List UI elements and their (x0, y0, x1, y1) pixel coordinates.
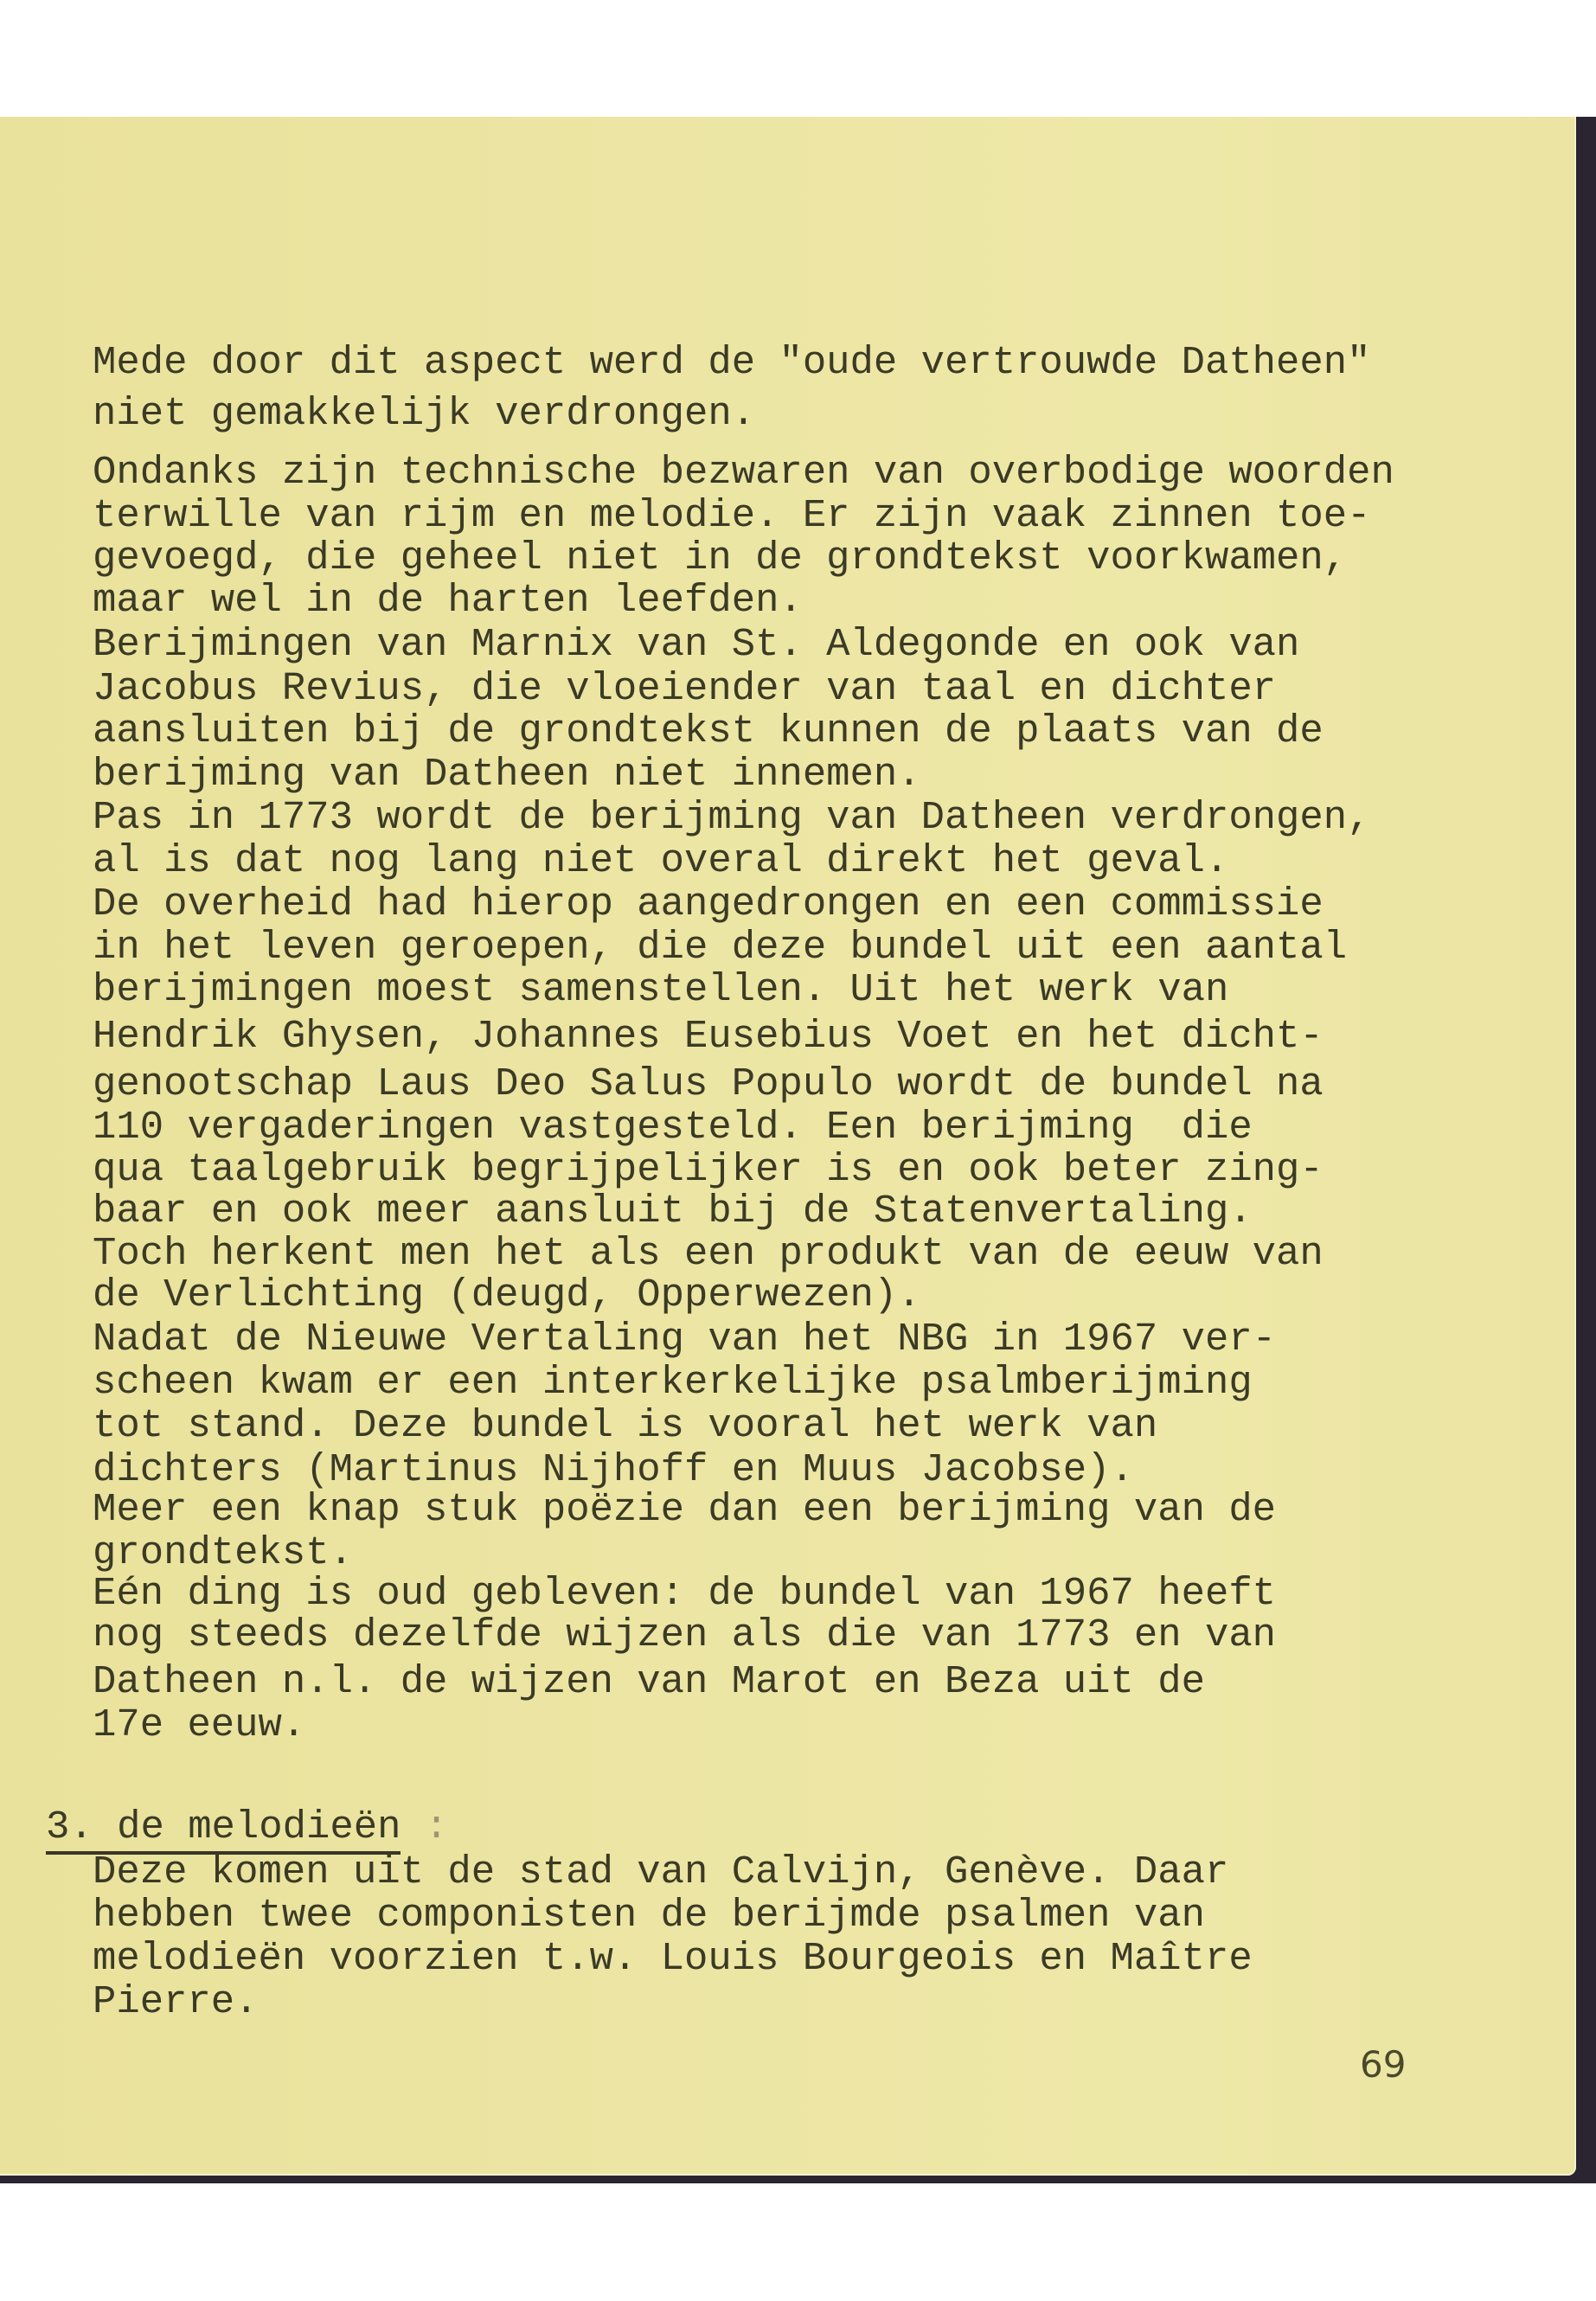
section-number: 3. (46, 1804, 93, 1849)
text-line: baar en ook meer aansluit bij de Statenv… (93, 1192, 1253, 1232)
section-body: Deze komen uit de stad van Calvijn, Genè… (93, 117, 187, 387)
text-line: Datheen n.l. de wijzen van Marot en Beza… (93, 1663, 1205, 1702)
text-line: aansluiten bij de grondtekst kunnen de p… (93, 712, 1324, 752)
text-line: berijmingen moest samenstellen. Uit het … (93, 971, 1228, 1010)
text-line: De overheid had hierop aangedrongen en e… (93, 885, 1324, 925)
text-line: Hendrik Ghysen, Johannes Eusebius Voet e… (93, 1017, 1324, 1057)
text-line: qua taalgebruik begrijpelijker is en ook… (93, 1150, 1324, 1190)
text-line: Deze komen uit de stad van Calvijn, Genè… (93, 1853, 1228, 1893)
document-page: Mede door dit aspect werd de "oude vertr… (0, 117, 1576, 2176)
text-line: Jacobus Revius, die vloeiender van taal … (93, 670, 1276, 709)
text-line: Berijmingen van Marnix van St. Aldegonde… (93, 625, 1299, 665)
text-line: nog steeds dezelfde wijzen als die van 1… (93, 1616, 1276, 1656)
text-line: 110 vergaderingen vastgesteld. Een berij… (93, 1108, 1253, 1148)
text-line: Ondanks zijn technische bezwaren van ove… (93, 453, 1394, 493)
text-line: terwille van rijm en melodie. Er zijn va… (93, 497, 1370, 536)
text-line: in het leven geroepen, die deze bundel u… (93, 928, 1347, 968)
section-title: de melodieën (117, 1804, 401, 1849)
text-line: gevoegd, die geheel niet in de grondteks… (93, 539, 1347, 579)
section-heading-underlined: 3. de melodieën (46, 1804, 401, 1855)
text-line: Meer een knap stuk poëzie dan een berijm… (93, 1490, 1276, 1530)
text-line: de Verlichting (deugd, Opperwezen). (93, 1276, 921, 1316)
text-line: Nadat de Nieuwe Vertaling van het NBG in… (93, 1320, 1276, 1360)
text-line: niet gemakkelijk verdrongen. (93, 394, 755, 434)
text-line: Pierre. (93, 1983, 259, 2022)
text-line: al is dat nog lang niet overal direkt he… (93, 842, 1228, 881)
text-line: dichters (Martinus Nijhoff en Muus Jacob… (93, 1451, 1134, 1490)
text-line: berijming van Datheen niet innemen. (93, 755, 921, 795)
text-line: grondtekst. (93, 1534, 353, 1574)
text-line: genootschap Laus Deo Salus Populo wordt … (93, 1065, 1324, 1105)
text-line: 17e eeuw. (93, 1706, 305, 1746)
text-line: Mede door dit aspect werd de "oude vertr… (93, 343, 1370, 383)
section-heading-colon: : (401, 1804, 448, 1849)
text-line: tot stand. Deze bundel is vooral het wer… (93, 1407, 1157, 1446)
page-number: 69 (1360, 2043, 1406, 2086)
text-line: Eén ding is oud gebleven: de bundel van … (93, 1574, 1276, 1614)
text-line: Toch herkent men het als een produkt van… (93, 1234, 1324, 1274)
section-heading: 3. de melodieën : (46, 1808, 448, 1848)
text-line: maar wel in de harten leefden. (93, 581, 803, 621)
text-line: Pas in 1773 wordt de berijming van Dathe… (93, 798, 1370, 838)
text-line: hebben twee componisten de berijmde psal… (93, 1896, 1205, 1936)
text-line: melodieën voorzien t.w. Louis Bourgeois … (93, 1939, 1253, 1979)
text-line: scheen kwam er een interkerkelijke psalm… (93, 1363, 1253, 1403)
